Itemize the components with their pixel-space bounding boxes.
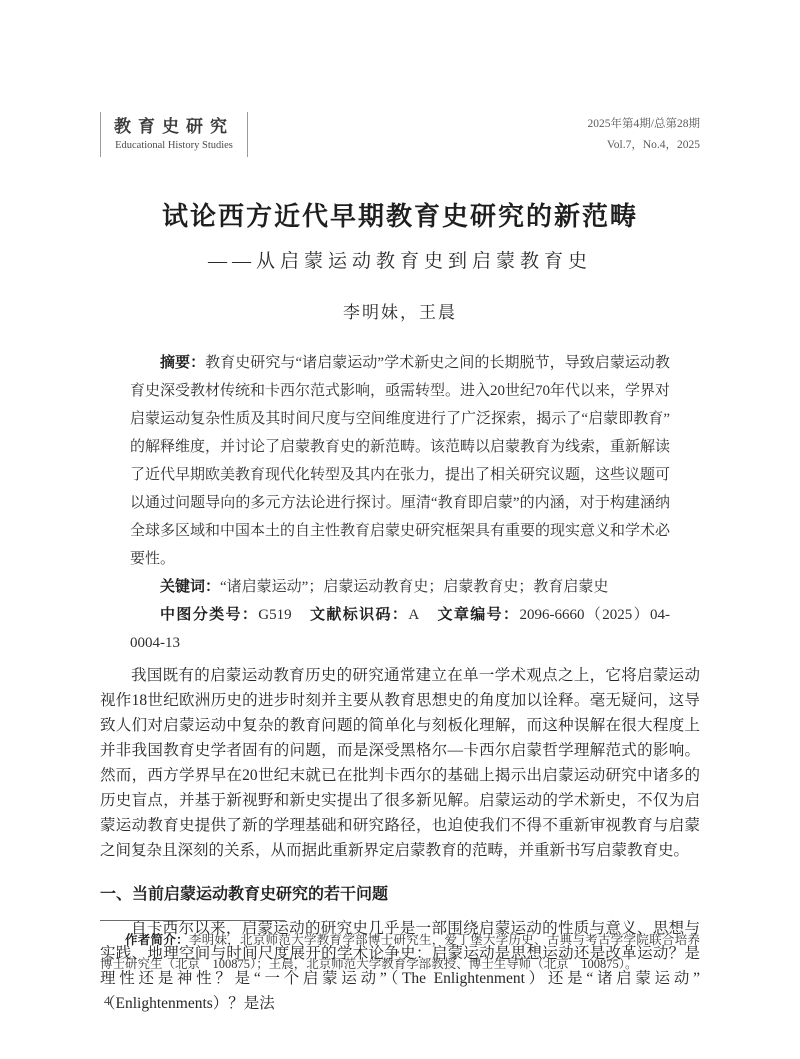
- journal-name-en: Educational History Studies: [114, 138, 234, 153]
- issue-info: 2025年第4期/总第28期 Vol.7，No.4，2025: [588, 112, 700, 156]
- keywords-text: “诸启蒙运动”；启蒙运动教育史；启蒙教育史；教育启蒙史: [220, 579, 608, 595]
- issue-info-en: Vol.7，No.4，2025: [588, 135, 700, 156]
- author-bio-text: 李明妹，北京师范大学教育学部博士研究生，爱丁堡大学历史、古典与考古学学院联合培养…: [100, 933, 700, 971]
- section-heading-1: 一、当前启蒙运动教育史研究的若干问题: [100, 881, 700, 904]
- footnote-divider: [100, 920, 285, 921]
- journal-page: 教育史研究 Educational History Studies 2025年第…: [0, 0, 800, 1059]
- issue-info-cn: 2025年第4期/总第28期: [588, 114, 700, 135]
- abstract-text: 教育史研究与“诸启蒙运动”学术新史之间的长期脱节，导致启蒙运动教育史深受教材传统…: [130, 355, 670, 567]
- article-title: 试论西方近代早期教育史研究的新范畴: [100, 196, 700, 233]
- body-paragraph-1: 我国既有的启蒙运动教育历史的研究通常建立在单一学术观点之上，它将启蒙运动视作18…: [100, 663, 700, 863]
- article-id-label: 文章编号：: [436, 606, 519, 623]
- clc-label: 中图分类号：: [160, 606, 258, 623]
- abstract-block: 摘要：教育史研究与“诸启蒙运动”学术新史之间的长期脱节，导致启蒙运动教育史深受教…: [130, 349, 670, 657]
- keywords-label: 关键词：: [160, 578, 220, 595]
- article-subtitle: ——从启蒙运动教育史到启蒙教育史: [100, 246, 700, 273]
- clc-value: G519: [258, 607, 291, 623]
- doc-code-label: 文献标识码：: [309, 606, 409, 623]
- article-authors: 李明妹，王晨: [100, 298, 700, 323]
- journal-name-cn: 教育史研究: [114, 115, 234, 138]
- abstract-label: 摘要：: [160, 354, 205, 371]
- footnote: 作者简介：李明妹，北京师范大学教育学部博士研究生，爱丁堡大学历史、古典与考古学学…: [100, 920, 700, 976]
- author-bio: 作者简介：李明妹，北京师范大学教育学部博士研究生，爱丁堡大学历史、古典与考古学学…: [100, 928, 700, 976]
- keywords: 关键词：“诸启蒙运动”；启蒙运动教育史；启蒙教育史；教育启蒙史: [130, 573, 670, 601]
- journal-logo: 教育史研究 Educational History Studies: [100, 112, 248, 157]
- classification-line: 中图分类号：G519文献标识码：A文章编号：2096-6660（2025）04-…: [130, 601, 670, 657]
- abstract: 摘要：教育史研究与“诸启蒙运动”学术新史之间的长期脱节，导致启蒙运动教育史深受教…: [130, 349, 670, 573]
- author-bio-label: 作者简介：: [125, 933, 189, 947]
- page-header: 教育史研究 Educational History Studies 2025年第…: [100, 112, 700, 162]
- doc-code-value: A: [408, 607, 419, 623]
- page-number: 4: [104, 993, 111, 1009]
